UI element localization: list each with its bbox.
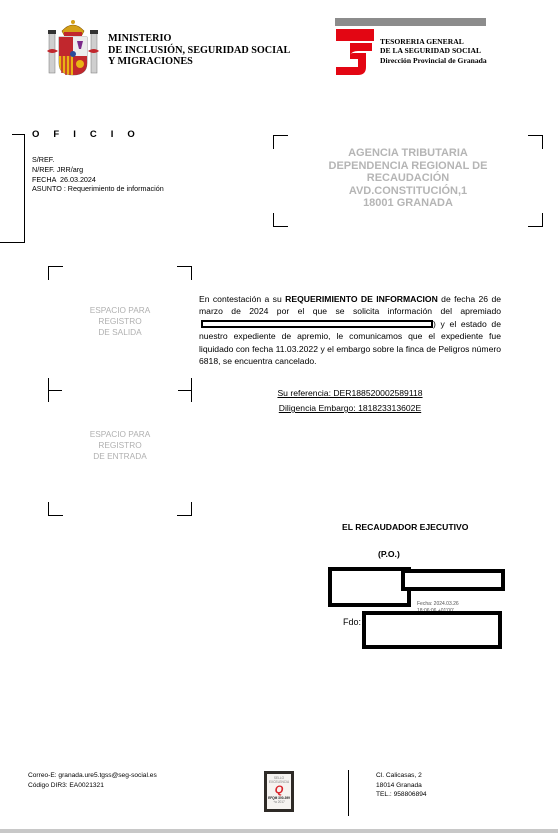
fdo-label: Fdo: xyxy=(343,617,361,627)
ministry-line-3: Y MIGRACIONES xyxy=(108,56,290,68)
recipient-line-3: RECAUDACIÓN xyxy=(273,172,543,185)
recipient-line-1: AGENCIA TRIBUTARIA xyxy=(273,147,543,160)
signatory-title: EL RECAUDADOR EJECUTIVO xyxy=(342,522,468,532)
registry-salida-line-3: DE SALIDA xyxy=(48,327,192,338)
reference-block: S/REF. N/REF. JRR/arg FECHA 26.03.2024 A… xyxy=(32,155,164,194)
registry-frame: ESPACIO PARA REGISTRO DE SALIDA ESPACIO … xyxy=(48,266,192,516)
registry-salida-line-1: ESPACIO PARA xyxy=(48,305,192,316)
registry-entrada-line-2: REGISTRO xyxy=(48,440,192,451)
redacted-signer-name xyxy=(362,611,502,649)
redacted-signer-id xyxy=(401,569,505,591)
tgss-name: TESORERIA GENERAL DE LA SEGURIDAD SOCIAL… xyxy=(380,37,487,65)
registry-salida: ESPACIO PARA REGISTRO DE SALIDA xyxy=(48,305,192,339)
seal-q-mark: Q xyxy=(267,784,291,796)
recipient-line-5: 18001 GRANADA xyxy=(273,197,543,210)
page-edge xyxy=(0,829,558,833)
body-text-1: En contestación a su xyxy=(199,294,285,304)
footer-phone: TEL.: 958806894 xyxy=(376,790,427,800)
footer-dir3: Código DIR3: EA0021321 xyxy=(28,781,157,791)
spain-coat-of-arms-icon xyxy=(46,17,100,79)
signatory-po: (P.O.) xyxy=(378,549,400,559)
oficio-title: OFICIO xyxy=(32,129,149,140)
footer-divider xyxy=(348,770,349,816)
tgss-line-3: Dirección Provincial de Granada xyxy=(380,56,487,65)
tgss-logo-icon xyxy=(336,29,374,77)
registry-salida-line-2: REGISTRO xyxy=(48,316,192,327)
tgss-line-2: DE LA SEGURIDAD SOCIAL xyxy=(380,46,487,55)
body-paragraph: En contestación a su REQUERIMIENTO DE IN… xyxy=(199,293,501,367)
signature-date: Fecha: 2024.03.26 xyxy=(417,601,459,608)
registry-entrada-line-3: DE ENTRADA xyxy=(48,451,192,462)
recipient-line-4: AVD.CONSTITUCIÓN,1 xyxy=(273,185,543,198)
footer-address: Cl. Calicasas, 2 18014 Granada TEL.: 958… xyxy=(376,771,427,800)
su-referencia: Su referencia: DER188520002589118 xyxy=(199,388,501,398)
s-ref: S/REF. xyxy=(32,155,164,165)
asunto: ASUNTO : Requerimiento de información xyxy=(32,184,164,194)
recipient-line-2: DEPENDENCIA REGIONAL DE xyxy=(273,160,543,173)
footer-address-line-1: Cl. Calicasas, 2 xyxy=(376,771,427,781)
footer-contact: Correo-E: granada.ure5.tgss@seg-social.e… xyxy=(28,771,157,790)
ministry-name: MINISTERIO DE INCLUSIÓN, SEGURIDAD SOCIA… xyxy=(108,33,290,68)
excellence-seal-icon: SELLO EXCELENCIA Q EFQM 300-399 +a 2017 xyxy=(264,771,294,812)
tgss-header-bar xyxy=(335,18,486,26)
recipient-address: AGENCIA TRIBUTARIA DEPENDENCIA REGIONAL … xyxy=(273,147,543,210)
seal-line-4: +a 2017 xyxy=(267,800,291,804)
redacted-name xyxy=(201,320,433,328)
body-bold-subject: REQUERIMIENTO DE INFORMACION xyxy=(285,294,438,304)
ministry-line-2: DE INCLUSIÓN, SEGURIDAD SOCIAL xyxy=(108,45,290,57)
tgss-line-1: TESORERIA GENERAL xyxy=(380,37,487,46)
ministry-line-1: MINISTERIO xyxy=(108,33,290,45)
registry-entrada: ESPACIO PARA REGISTRO DE ENTRADA xyxy=(48,429,192,463)
diligencia-embargo: Diligencia Embargo: 181823313602E xyxy=(199,403,501,413)
oficio-bracket xyxy=(12,134,25,243)
footer-email: Correo-E: granada.ure5.tgss@seg-social.e… xyxy=(28,771,157,781)
fecha: FECHA 26.03.2024 xyxy=(32,175,164,185)
footer-address-line-2: 18014 Granada xyxy=(376,781,427,791)
registry-entrada-line-1: ESPACIO PARA xyxy=(48,429,192,440)
redacted-signature xyxy=(328,567,411,607)
n-ref: N/REF. JRR/arg xyxy=(32,165,164,175)
